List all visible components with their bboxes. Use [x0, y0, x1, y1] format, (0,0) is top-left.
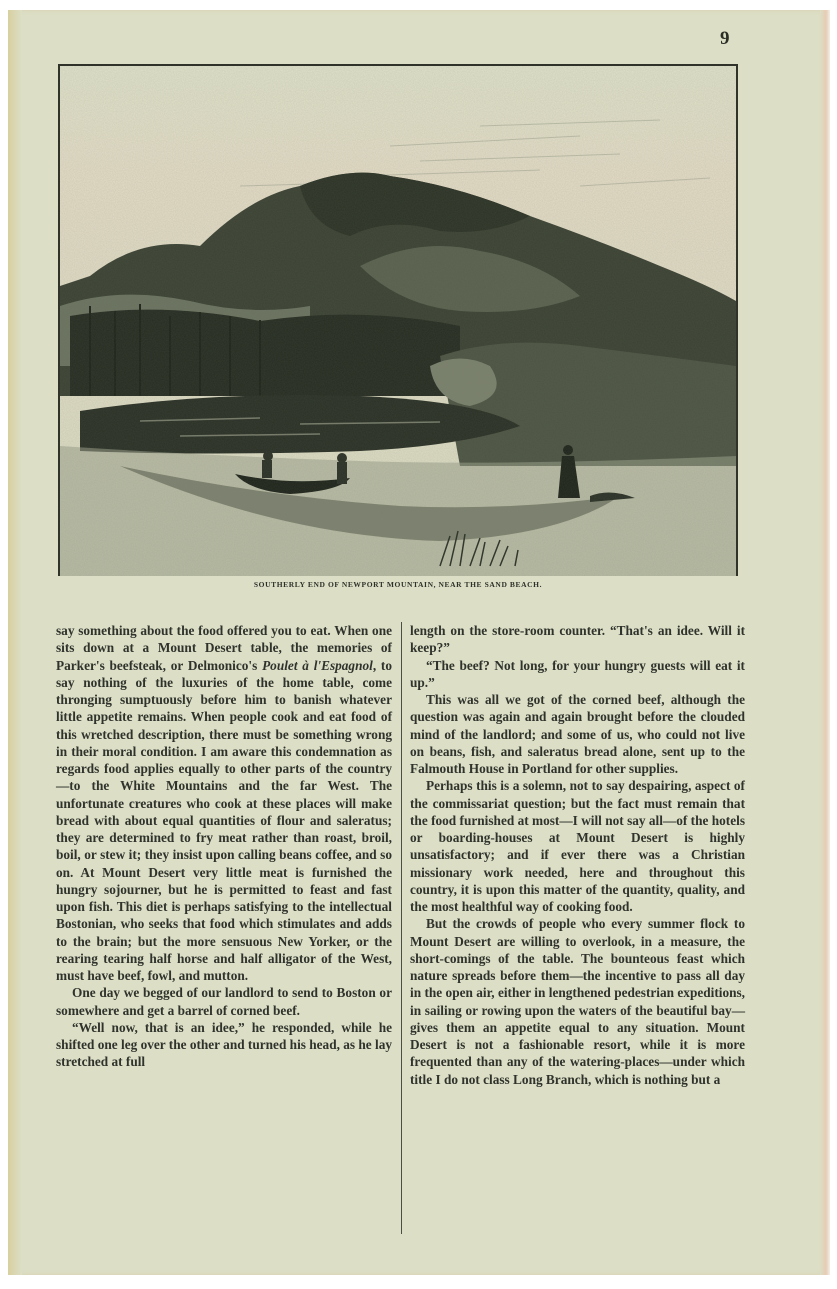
- paragraph: “The beef? Not long, for your hungry gue…: [410, 657, 745, 692]
- text-run: , to say nothing of the luxuries of the …: [56, 658, 392, 984]
- page-edge-left: [8, 10, 22, 1275]
- text-run: “Well now, that is an idee,” he responde…: [56, 1020, 392, 1070]
- italic-phrase: Poulet à l'Espagnol: [262, 658, 373, 673]
- text-run: One day we begged of our landlord to sen…: [56, 985, 392, 1017]
- left-text-column: say something about the food offered you…: [56, 622, 392, 1071]
- engraving-illustration: [58, 64, 738, 576]
- book-page: 9: [8, 10, 830, 1275]
- page-number: 9: [720, 28, 730, 50]
- paragraph: say something about the food offered you…: [56, 622, 392, 984]
- paragraph: But the crowds of people who every summe…: [410, 915, 745, 1088]
- paragraph: Perhaps this is a solemn, not to say des…: [410, 777, 745, 915]
- column-rule: [401, 622, 402, 1234]
- paragraph: “Well now, that is an idee,” he responde…: [56, 1019, 392, 1071]
- text-run: length on the store-room counter. “That'…: [410, 623, 745, 655]
- text-run: But the crowds of people who every summe…: [410, 916, 745, 1086]
- text-run: This was all we got of the corned beef, …: [410, 692, 745, 776]
- right-text-column: length on the store-room counter. “That'…: [410, 622, 745, 1088]
- paragraph: One day we begged of our landlord to sen…: [56, 984, 392, 1019]
- text-run: Perhaps this is a solemn, not to say des…: [410, 778, 745, 914]
- text-run: “The beef? Not long, for your hungry gue…: [410, 658, 745, 690]
- paragraph: length on the store-room counter. “That'…: [410, 622, 745, 657]
- paragraph: This was all we got of the corned beef, …: [410, 691, 745, 777]
- illustration-caption: SOUTHERLY END OF NEWPORT MOUNTAIN, NEAR …: [58, 580, 738, 589]
- mountain-pond-engraving-icon: [60, 66, 736, 576]
- page-edge-right: [820, 10, 830, 1275]
